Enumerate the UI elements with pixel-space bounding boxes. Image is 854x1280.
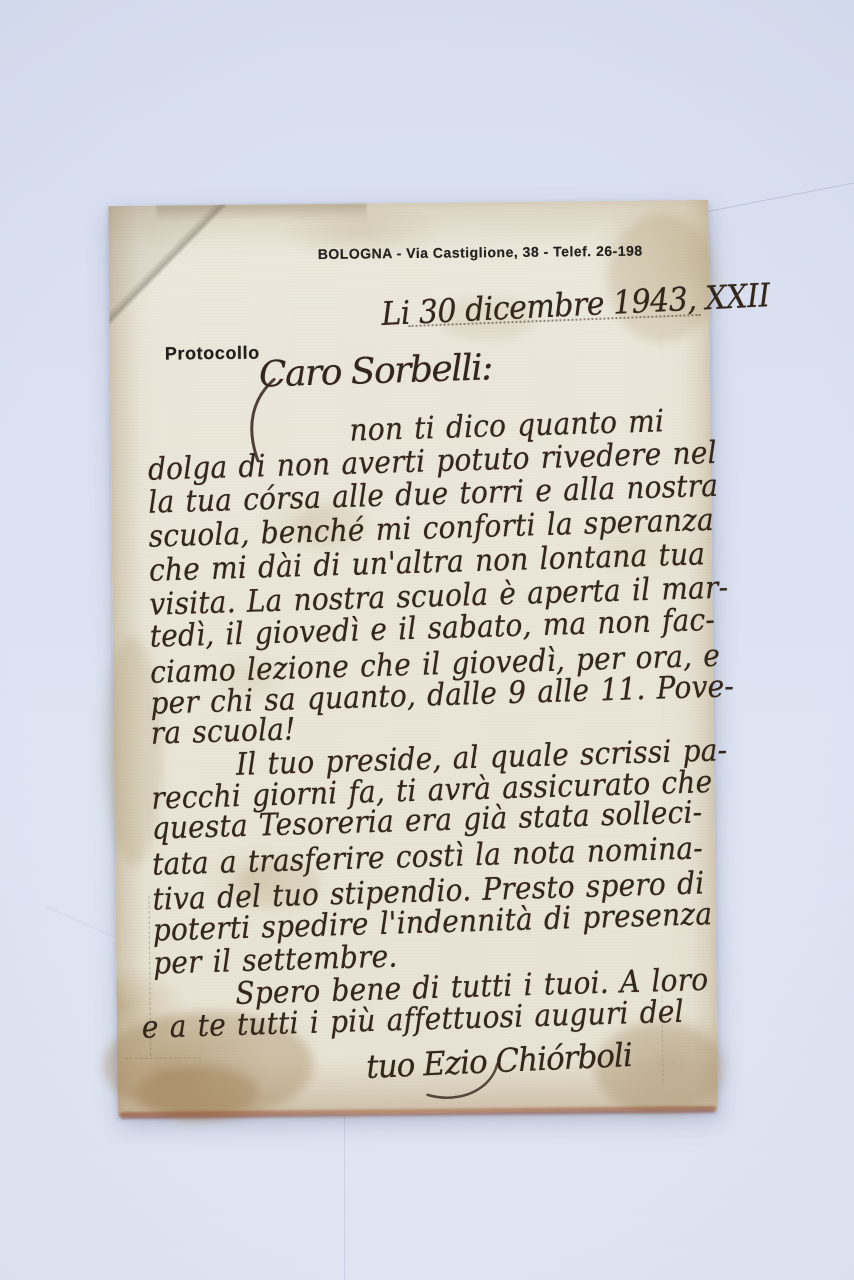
corner-fold (108, 205, 227, 324)
pencil-mark (125, 1057, 201, 1059)
paper-stain (606, 214, 717, 343)
photo-background: BOLOGNA - Via Castiglione, 38 - Telef. 2… (0, 0, 854, 1280)
signature-line: tuo Ezio Chiórboli (365, 1037, 632, 1087)
greeting-line: Caro Sorbelli: (258, 347, 492, 395)
paper-stain (156, 203, 366, 221)
background-crease (344, 1116, 345, 1280)
letterhead-address: BOLOGNA - Via Castiglione, 38 - Telef. 2… (318, 243, 643, 262)
letter-paper: BOLOGNA - Via Castiglione, 38 - Telef. 2… (108, 200, 717, 1116)
paper-bottom-edge (120, 1106, 716, 1119)
protocol-label: Protocollo (165, 343, 260, 365)
